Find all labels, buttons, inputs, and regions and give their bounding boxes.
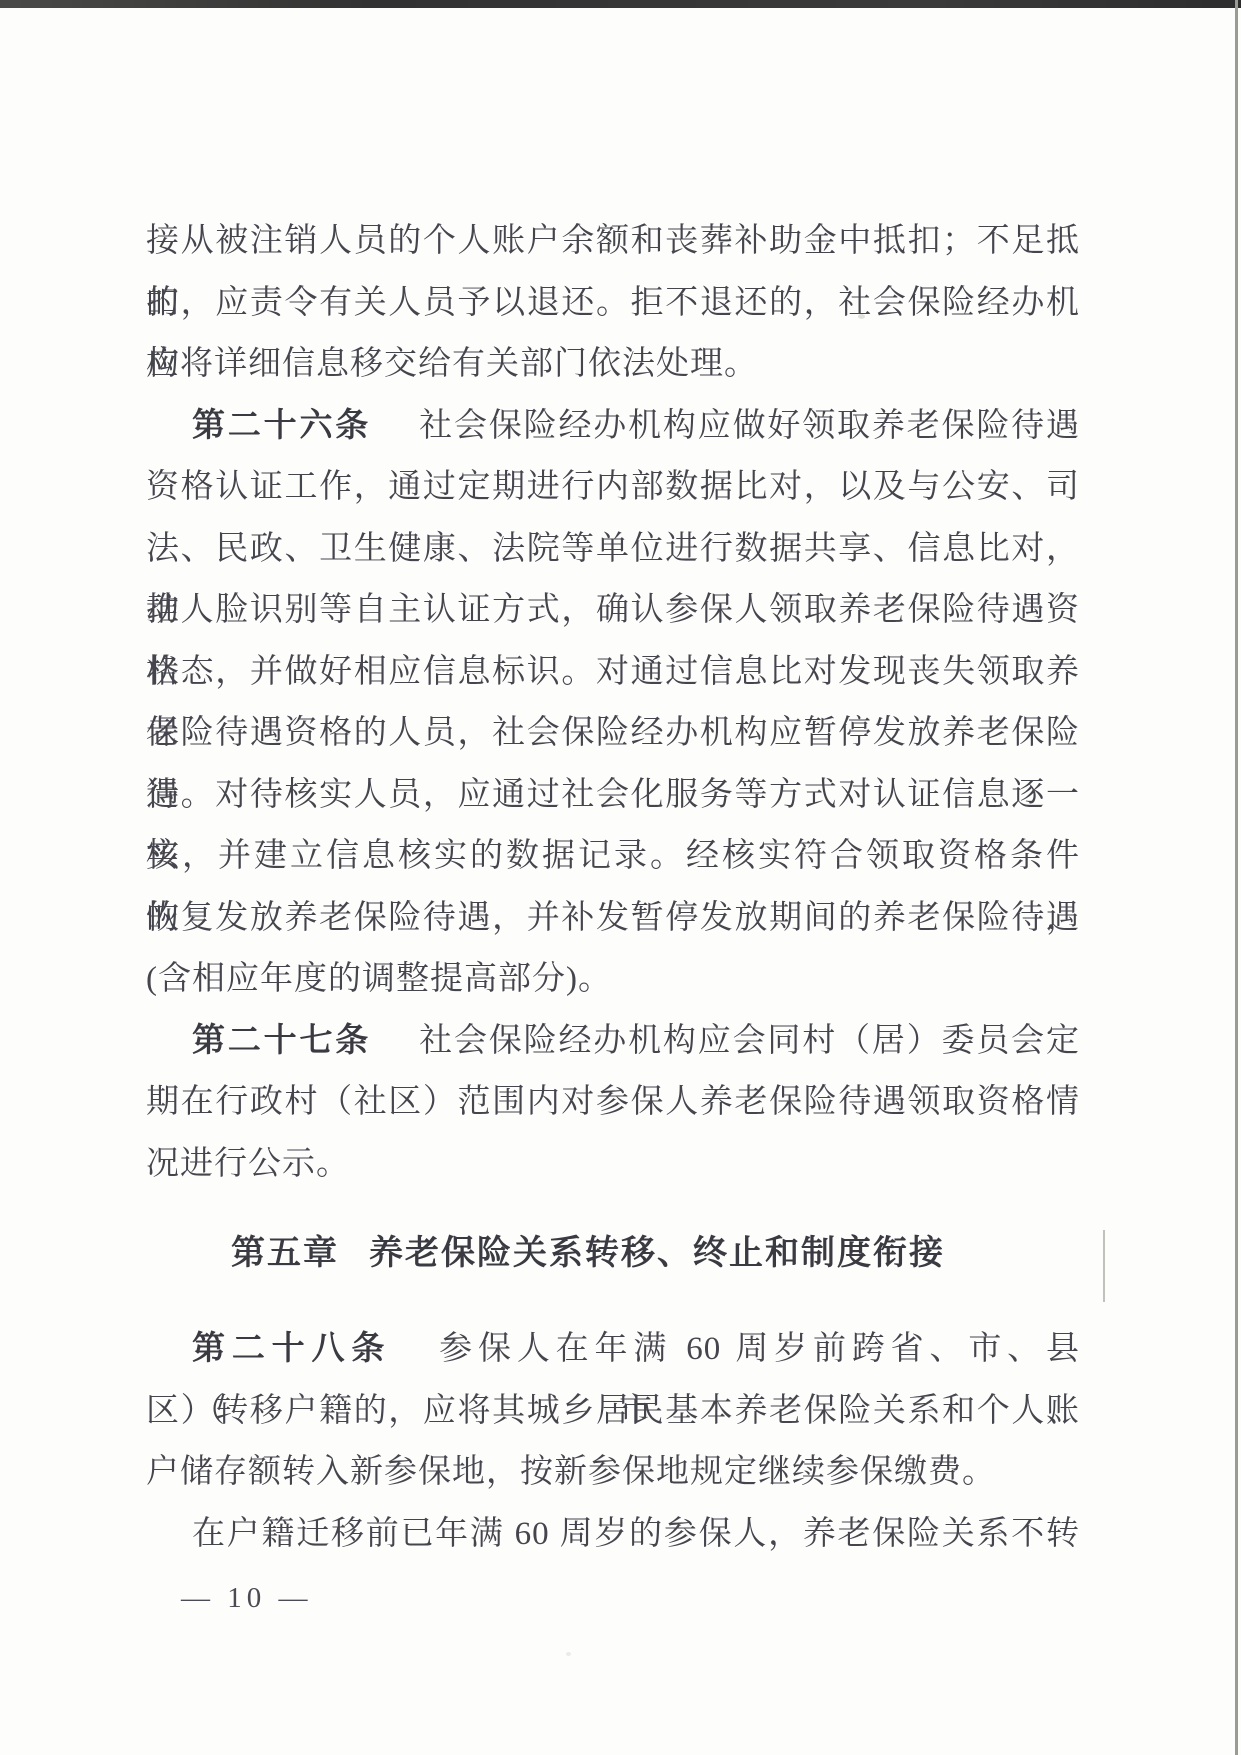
article-26-number: 第二十六条 xyxy=(192,408,371,444)
body-line: 保险待遇资格的人员，社会保险经办机构应暂停发放养老保险待 xyxy=(146,703,1080,765)
article-27-first-line: 第二十七条社会保险经办机构应会同村（居）委员会定 xyxy=(146,1011,1080,1073)
article-27-first-text: 社会保险经办机构应会同村（居）委员会定 xyxy=(419,1023,1080,1059)
chapter-5-heading: 第五章养老保险关系转移、终止和制度衔接 xyxy=(121,1222,1055,1286)
body-line: 期在行政村（社区）范围内对参保人养老保险待遇领取资格情 xyxy=(146,1072,1080,1134)
article-28-paragraph: 第二十八条参保人在年满 60 周岁前跨省、市、县（市、 区）转移户籍的，应将其城… xyxy=(146,1319,1080,1504)
scan-speck xyxy=(566,1652,571,1656)
body-line: 户储存额转入新参保地，按新参保地规定继续参保缴费。 xyxy=(146,1442,1080,1504)
body-line: 实，并建立信息核实的数据记录。经核实符合领取资格条件的， xyxy=(146,826,1080,888)
body-line: 的，应责令有关人员予以退还。拒不退还的，社会保险经办机构 xyxy=(146,273,1080,335)
body-line: (含相应年度的调整提高部分)。 xyxy=(146,949,1080,1011)
scanned-document-page: 接从被注销人员的个人账户余额和丧葬补助金中抵扣；不足抵扣 的，应责令有关人员予以… xyxy=(0,0,1241,1755)
body-line: 状态，并做好相应信息标识。对通过信息比对发现丧失领取养老 xyxy=(146,642,1080,704)
article-26-first-text: 社会保险经办机构应做好领取养老保险待遇 xyxy=(419,408,1080,444)
document-body: 接从被注销人员的个人账户余额和丧葬补助金中抵扣；不足抵扣 的，应责令有关人员予以… xyxy=(146,211,1080,1195)
body-line: 恢复发放养老保险待遇，并补发暂停发放期间的养老保险待遇 xyxy=(146,888,1080,950)
scan-artifact-line xyxy=(1103,1230,1105,1302)
article-27-number: 第二十七条 xyxy=(192,1023,371,1059)
body-line: 应将详细信息移交给有关部门依法处理。 xyxy=(146,334,1080,396)
body-line: 接从被注销人员的个人账户余额和丧葬补助金中抵扣；不足抵扣 xyxy=(146,211,1080,273)
article-26-first-line: 第二十六条社会保险经办机构应做好领取养老保险待遇 xyxy=(146,396,1080,458)
chapter-5-number: 第五章 xyxy=(231,1235,339,1272)
body-line: 区）转移户籍的，应将其城乡居民基本养老保险关系和个人账 xyxy=(146,1381,1080,1443)
body-line: 资格认证工作，通过定期进行内部数据比对，以及与公安、司 xyxy=(146,457,1080,519)
article-28-number: 第二十八条 xyxy=(192,1331,391,1367)
scan-edge-right xyxy=(1235,0,1238,1755)
page-number: — 10 — xyxy=(181,1582,313,1615)
chapter-5-title: 养老保险关系转移、终止和制度衔接 xyxy=(369,1235,945,1272)
body-line: 在户籍迁移前已年满 60 周岁的参保人，养老保险关系不转 xyxy=(146,1504,1080,1566)
household-paragraph: 在户籍迁移前已年满 60 周岁的参保人，养老保险关系不转 xyxy=(146,1504,1080,1566)
body-line: 况进行公示。 xyxy=(146,1134,1080,1196)
article-28-first-line: 第二十八条参保人在年满 60 周岁前跨省、市、县（市、 xyxy=(146,1319,1080,1381)
body-line: 动人脸识别等自主认证方式，确认参保人领取养老保险待遇资格 xyxy=(146,580,1080,642)
body-line: 遇。对待核实人员，应通过社会化服务等方式对认证信息逐一核 xyxy=(146,765,1080,827)
body-line: 法、民政、卫生健康、法院等单位进行数据共享、信息比对，推 xyxy=(146,519,1080,581)
scan-edge-top xyxy=(0,0,1241,8)
